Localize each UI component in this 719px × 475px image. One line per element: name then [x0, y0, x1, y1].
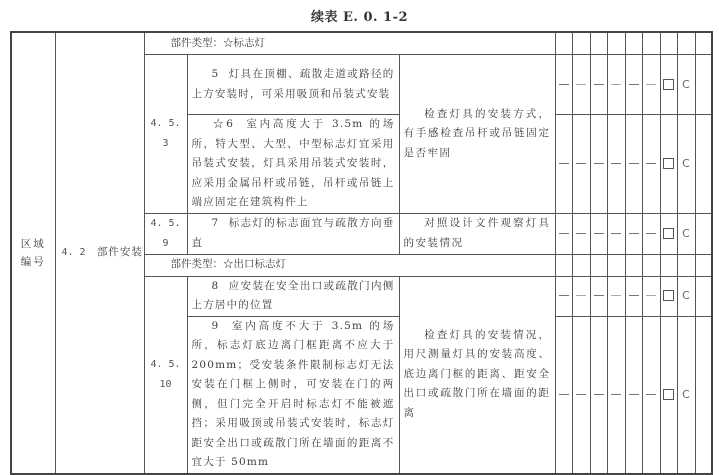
checkbox-icon[interactable] — [663, 79, 674, 90]
grade-label: C — [677, 276, 695, 316]
section-title: 部件安装 — [97, 246, 143, 258]
result-mark — [590, 276, 607, 316]
result-mark — [572, 115, 590, 214]
result-mark — [625, 316, 642, 474]
requirement-text: 8 应安装在安全出口或疏散门内侧上方居中的位置 — [187, 276, 399, 316]
result-mark — [607, 115, 625, 214]
result-mark — [625, 276, 642, 316]
result-checkbox[interactable] — [660, 213, 677, 254]
grade-label: C — [677, 213, 695, 254]
result-mark — [642, 115, 660, 214]
component-type-row: 区域编号 4. 2 部件安装 部件类型：☆标志灯 — [11, 32, 712, 55]
result-mark — [555, 115, 572, 214]
zone-label: 区域编号 — [19, 235, 47, 271]
result-mark — [555, 213, 572, 254]
result-mark — [555, 316, 572, 474]
result-mark — [572, 276, 590, 316]
result-checkbox[interactable] — [660, 55, 677, 115]
result-mark — [572, 316, 590, 474]
zone-label-cell: 区域编号 — [11, 32, 55, 474]
result-mark — [607, 213, 625, 254]
result-mark — [607, 316, 625, 474]
result-mark — [642, 213, 660, 254]
inspection-method: 检查灯具的安装方式，有手感检查吊杆或吊链固定是否牢固 — [399, 55, 555, 214]
result-checkbox[interactable] — [660, 316, 677, 474]
result-mark — [555, 276, 572, 316]
result-mark — [642, 276, 660, 316]
result-mark — [590, 55, 607, 115]
inspection-method: 检查灯具的安装情况，用尺测量灯具的安装高度、底边离门框的距离、距安全出口或疏散门… — [399, 276, 555, 474]
result-checkbox[interactable] — [660, 276, 677, 316]
clause-number: 4. 5. 9 — [144, 213, 187, 254]
result-mark — [607, 276, 625, 316]
result-mark — [625, 55, 642, 115]
requirement-text: 7 标志灯的标志面宜与疏散方向垂直 — [187, 213, 399, 254]
checkbox-icon[interactable] — [663, 290, 674, 301]
requirement-text: 9 室内高度不大于 3.5m 的场所，标志灯底边离门框距离不应大于 200mm；… — [187, 316, 399, 474]
result-mark — [590, 115, 607, 214]
component-type-label: 部件类型：☆标志灯 — [144, 32, 555, 55]
component-type-label: 部件类型：☆出口标志灯 — [144, 254, 555, 276]
clause-number: 4. 5. 10 — [144, 276, 187, 474]
clause-number: 4. 5. 3 — [144, 55, 187, 214]
result-mark — [607, 55, 625, 115]
requirement-text: ☆6 室内高度大于 3.5m 的场所，特大型、大型、中型标志灯宜采用吊装式安装，… — [187, 115, 399, 214]
result-mark — [590, 213, 607, 254]
section-cell: 4. 2 部件安装 — [55, 32, 144, 474]
checkbox-icon[interactable] — [663, 389, 674, 400]
result-mark — [590, 316, 607, 474]
table-caption: 续表 E. 0. 1-2 — [0, 6, 719, 25]
result-mark — [642, 55, 660, 115]
grade-label: C — [677, 55, 695, 115]
section-number: 4. 2 — [62, 247, 86, 258]
result-mark — [572, 213, 590, 254]
result-mark — [555, 55, 572, 115]
grade-label: C — [677, 316, 695, 474]
result-checkbox[interactable] — [660, 115, 677, 214]
result-mark — [625, 213, 642, 254]
result-mark — [625, 115, 642, 214]
checkbox-icon[interactable] — [663, 158, 674, 169]
result-mark — [642, 316, 660, 474]
inspection-table: 区域编号 4. 2 部件安装 部件类型：☆标志灯 4. 5. 3 5 灯具在顶棚… — [10, 31, 713, 475]
requirement-text: 5 灯具在顶棚、疏散走道或路径的上方安装时，可采用吸顶和吊装式安装 — [187, 55, 399, 115]
result-mark — [572, 55, 590, 115]
inspection-method: 对照设计文件观察灯具的安装情况 — [399, 213, 555, 254]
grade-label: C — [677, 115, 695, 214]
checkbox-icon[interactable] — [663, 228, 674, 239]
